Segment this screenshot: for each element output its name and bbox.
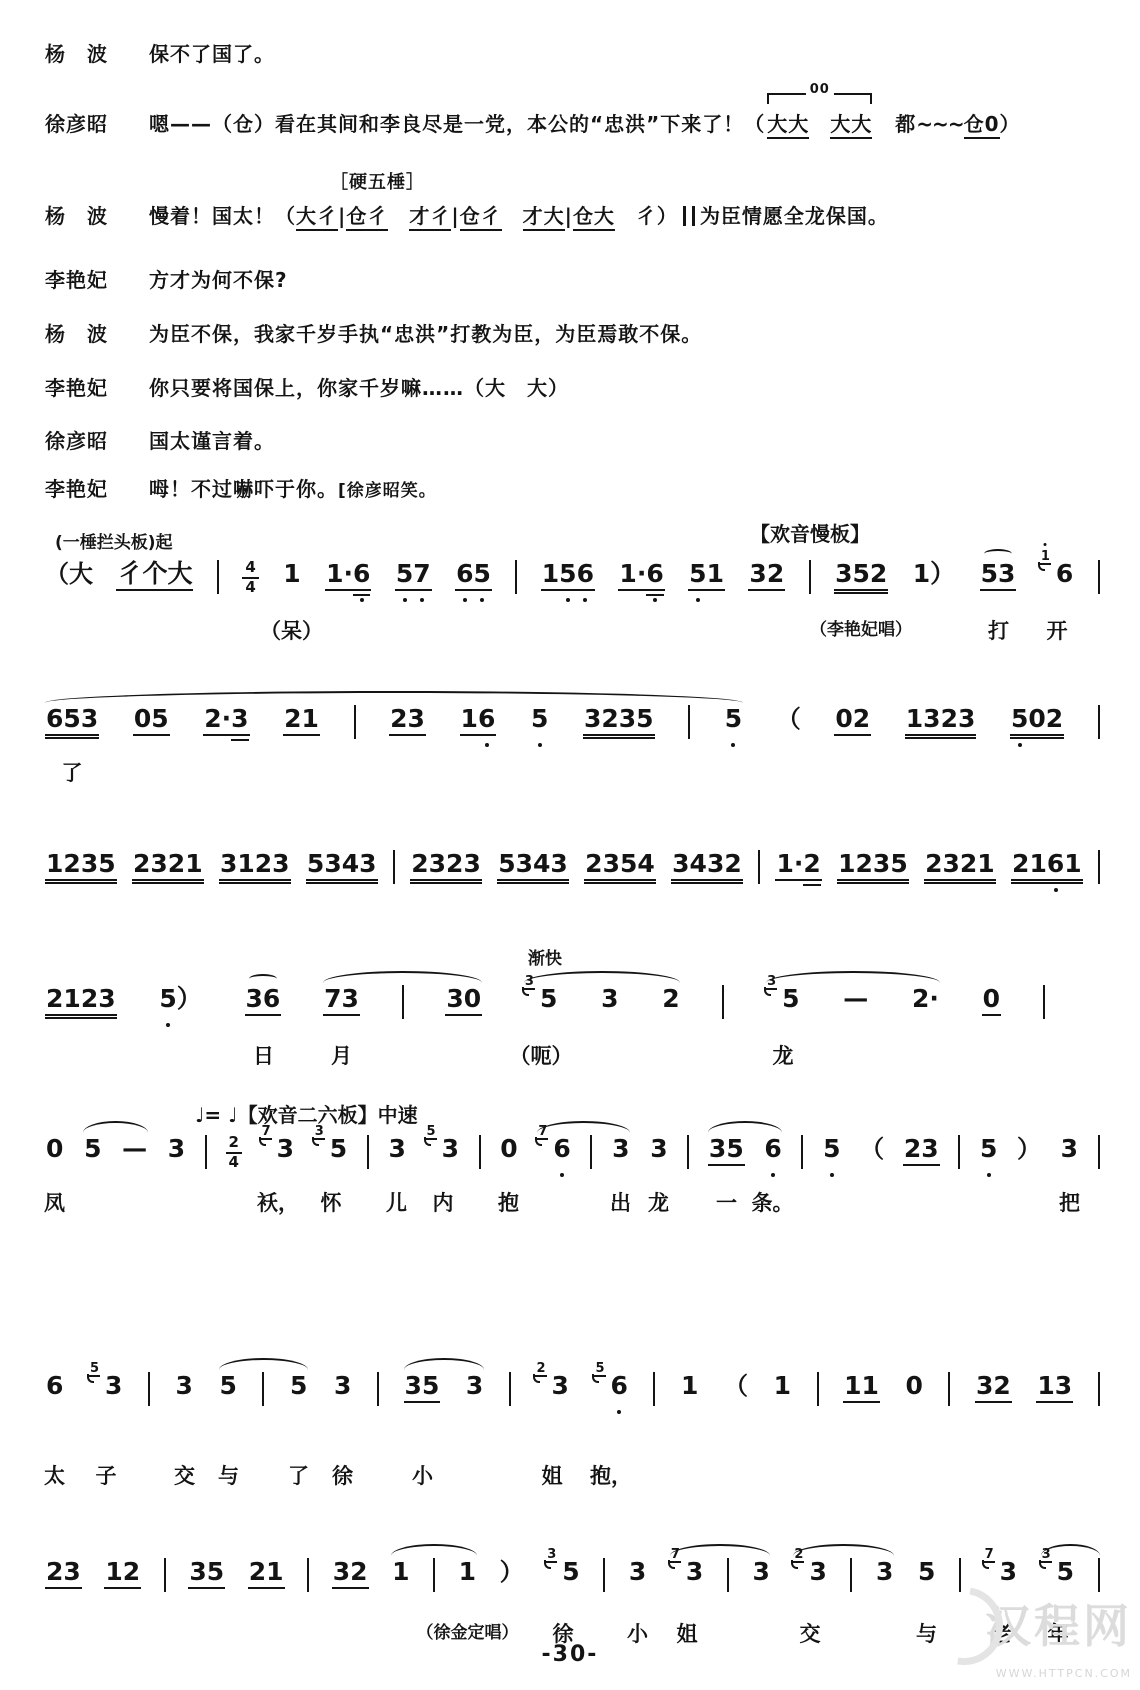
note-digit: 2 [724, 850, 741, 879]
note-digit: 3 [629, 1558, 646, 1587]
note-cell: 35 [708, 1135, 745, 1166]
dialogue-segment: 仓大 [573, 204, 615, 231]
note-digits: 2321 [924, 850, 996, 881]
note-digits: 3 [808, 1558, 827, 1587]
note-cell: 0 [982, 985, 1001, 1016]
note-digit: 1 [185, 850, 202, 879]
note-digit: 1 [266, 1558, 283, 1587]
note-digit: 5 [422, 1372, 439, 1401]
note-digit: 个 [142, 560, 167, 589]
note-digits: 2·3 [203, 705, 249, 736]
music-text: （大 [45, 560, 93, 589]
note-digit: 3 [405, 1372, 422, 1401]
note-digit: 7 [413, 560, 430, 589]
note-digit: 5 [330, 1135, 347, 1164]
note-digits: 502 [1010, 705, 1064, 736]
slur [323, 971, 482, 984]
note-cell: 0 [499, 1135, 518, 1164]
note-cell: 53 [980, 560, 1017, 591]
barline [205, 1135, 207, 1169]
barline [433, 1558, 435, 1592]
speaker-name: 杨 波 [45, 318, 133, 347]
note-digits: 5 [219, 1372, 238, 1401]
time-sig-denominator: 4 [229, 1154, 239, 1171]
note-cell: 1 [773, 1372, 792, 1401]
note-digit: 3 [552, 1372, 569, 1401]
note-digits: 35 [708, 1135, 745, 1166]
note-digits: 156 [541, 560, 595, 591]
note-cell: 3 [1060, 1135, 1079, 1164]
note-cell: 0 [904, 1372, 923, 1401]
note-digit: 5 [159, 985, 176, 1014]
note-digits: 6 [552, 1135, 571, 1164]
slur [83, 1121, 148, 1134]
lyric: （呃） [510, 1040, 573, 1070]
note-digit: 6 [46, 1372, 63, 1401]
note-digits: 3 [628, 1558, 647, 1587]
note-digits: 3 [465, 1372, 484, 1401]
dialogue-segment: 嗯——（仓）看在其间和李良尽是一党，本公的“忠洪”下来了！（ [149, 112, 765, 136]
speaker-name: 杨 波 [45, 38, 133, 67]
dialogue-segment: 仓彳 [460, 204, 502, 231]
lyric: 袄， [257, 1187, 299, 1217]
note-digit: 0 [134, 705, 151, 734]
note-digits: 1 [680, 1372, 699, 1401]
barline [1098, 1135, 1100, 1169]
note-cell: 73 [670, 1558, 704, 1587]
note-digits: 02 [834, 705, 871, 736]
note-digit: — [843, 985, 868, 1014]
note-cell: 73 [323, 985, 360, 1016]
slur [391, 1544, 477, 1557]
note-cell: 6 [45, 1372, 64, 1401]
note-digit: 2 [133, 850, 150, 879]
note-digit: 3 [650, 1135, 667, 1164]
note-digit: 2 [856, 850, 873, 879]
note-cell: 2323 [410, 850, 482, 881]
note-cell: 3 [387, 1135, 406, 1164]
note-digits: 5 [561, 1558, 580, 1587]
note-cell: 13 [1036, 1372, 1073, 1403]
note-digits: 5 [1056, 1558, 1075, 1587]
note-cell: 1·2 [775, 850, 821, 881]
note-digit: 2 [925, 850, 942, 879]
slur [404, 1358, 484, 1371]
note-digits: 0 [904, 1372, 923, 1401]
note-digit: 1 [237, 850, 254, 879]
note-cell: 35 [546, 1558, 580, 1587]
lyric: （李艳妃唱） [810, 615, 912, 640]
note-digit: 5 [531, 705, 548, 734]
note-cell: 彳个大 [116, 560, 193, 591]
note-digits: 23 [903, 1135, 940, 1166]
lyric: 姐 [542, 1460, 563, 1490]
note-digit: 1 [1037, 1372, 1054, 1401]
slur [1041, 1544, 1100, 1557]
note-cell: 3 [175, 1372, 194, 1401]
note-digit: 5 [981, 560, 998, 589]
music-text: （ [724, 1372, 748, 1401]
lyric: 出 [610, 1187, 631, 1217]
note-digits: 6 [45, 1372, 64, 1401]
dialogue-segment: 国太谨言着。 [149, 429, 275, 453]
note-cell: 2123 [45, 985, 117, 1016]
dialogue-line: 徐彦昭嗯——（仓）看在其间和李良尽是一党，本公的“忠洪”下来了！（大大 大大 都… [45, 94, 1021, 137]
note-digit: 彳 [117, 560, 142, 589]
note-digit: 2 [63, 850, 80, 879]
note-digits: 53 [980, 560, 1017, 591]
note-digit: 3 [168, 1135, 185, 1164]
note-cell: 1 [680, 1372, 699, 1401]
note-cell: 23 [535, 1372, 569, 1401]
note-digits: 0 [499, 1135, 518, 1164]
note-digit: 3 [516, 850, 533, 879]
note-digit: 1 [862, 1372, 879, 1401]
section-label: (一棰拦头板)起 [55, 528, 173, 553]
barline [817, 1372, 819, 1406]
note-cell: 21 [248, 1558, 285, 1589]
note-digit: 5 [559, 560, 576, 589]
watermark-url: WWW.HTTPCN.COM [925, 1667, 1132, 1680]
lyric: 了 [288, 1460, 309, 1490]
note-digits: 57 [395, 560, 432, 591]
note-digit: 2 [411, 850, 428, 879]
note-digit: — [122, 1135, 147, 1164]
double-barline [683, 206, 695, 226]
note-cell: 653 [45, 705, 99, 736]
barline [515, 560, 517, 594]
watermark-swirl-icon [910, 1572, 1019, 1681]
speaker-name: 李艳妃 [45, 473, 133, 502]
note-digits: 21 [248, 1558, 285, 1589]
music-text: ） [1017, 1135, 1041, 1164]
note-digit: 0 [835, 705, 852, 734]
note-digits: 21 [283, 705, 320, 736]
note-digits: 3 [685, 1558, 704, 1587]
note-cell: 35 [404, 1372, 441, 1403]
note-digit: 5 [853, 560, 870, 589]
slur [766, 971, 940, 984]
note-cell: 1） [912, 560, 956, 589]
dialogue-segment: 慢着！国太！（ [149, 204, 296, 228]
note-cell: 35 [314, 1135, 348, 1164]
note-digit: 2 [123, 1558, 140, 1587]
lyric: 凤 [44, 1187, 65, 1217]
barline [262, 1372, 264, 1406]
lyric: 与 [218, 1460, 239, 1490]
note-cell: 23 [793, 1558, 827, 1587]
note-digit: 0 [905, 1372, 922, 1401]
note-digit: 3 [835, 560, 852, 589]
note-cell: 35 [188, 1558, 225, 1589]
note-digits: — [842, 985, 869, 1014]
note-digit: · [637, 560, 647, 589]
note-cell: 02 [834, 705, 871, 736]
note-cell: 352 [834, 560, 888, 591]
dialogue-segment: 为臣不保，我家千岁手执“忠洪”打教为臣，为臣焉敢不保。 [149, 322, 702, 346]
note-digit: 3 [277, 1135, 294, 1164]
note-digits: 30 [445, 985, 482, 1016]
note-digit: 1 [63, 985, 80, 1014]
note-digit: 0 [46, 1135, 63, 1164]
note-digit: 3 [921, 1135, 938, 1164]
note-cell: 2·3 [203, 705, 249, 736]
note-digits: 1 [391, 1558, 410, 1587]
note-digit: 2 [168, 850, 185, 879]
lyric: 了 [62, 757, 83, 787]
note-digit: 3 [388, 1135, 405, 1164]
note-cell: 3 [167, 1135, 186, 1164]
dialogue-line: 李艳妃呣！不过嚇吓于你。[徐彦昭笑。 [45, 473, 437, 502]
speaker-name: 徐彦昭 [45, 425, 133, 454]
note-digit: 3 [176, 1372, 193, 1401]
note-digits: 352 [834, 560, 888, 591]
note-digit: 3 [709, 1135, 726, 1164]
grace-note: 3 [314, 1125, 325, 1140]
dialogue-segment: 才大 [523, 204, 565, 231]
barline [1098, 1372, 1100, 1406]
section-label: ♩= ♩【欢音二六板】中速 [195, 1099, 418, 1128]
note-digits: 32 [332, 1558, 369, 1589]
note-cell: 56 [594, 1372, 628, 1401]
note-cell: 3 [649, 1135, 668, 1164]
watermark: 汉程网 WWW.HTTPCN.COM [925, 1587, 1132, 1680]
dialogue-text: 呣！不过嚇吓于你。[徐彦昭笑。 [149, 477, 437, 501]
speaker-name: 李艳妃 [45, 264, 133, 293]
note-digit: 5 [636, 705, 653, 734]
barline [354, 705, 356, 739]
note-digit: 3 [333, 1558, 350, 1587]
grace-note: 5 [426, 1125, 437, 1140]
note-digit: 5 [890, 850, 907, 879]
barline [809, 560, 811, 594]
music-text: ） [500, 1558, 524, 1587]
lyric: 交 [174, 1460, 195, 1490]
note-cell: 1323 [905, 705, 977, 736]
note-digits: 2123 [45, 985, 117, 1016]
note-digit: 2 [284, 705, 301, 734]
note-cell: 2· [911, 985, 940, 1014]
note-digit: · [222, 705, 232, 734]
note-digits: 3432 [671, 850, 743, 881]
note-cell: — [121, 1135, 148, 1164]
speaker-name: 李艳妃 [45, 372, 133, 401]
note-digits: 3235 [583, 705, 655, 736]
note-cell: 16 [460, 705, 497, 736]
note-cell: — [842, 985, 869, 1014]
grace-note: 3 [546, 1548, 557, 1563]
note-digit: 5 [562, 1558, 579, 1587]
dialogue-line: 李艳妃你只要将国保上，你家千岁嘛……（大 大） [45, 372, 569, 401]
note-digit: 1 [302, 705, 319, 734]
note-digits: 3123 [219, 850, 291, 881]
note-digit: 0 [1028, 705, 1045, 734]
note-digits: 0 [982, 985, 1001, 1016]
note-digit: 5 [1011, 705, 1028, 734]
note-digit: 4 [637, 850, 654, 879]
note-digits: 5 [329, 1135, 348, 1164]
barline [590, 1135, 592, 1169]
note-digit: 5 [473, 560, 490, 589]
note-digit: 3 [958, 705, 975, 734]
note-cell: 21 [283, 705, 320, 736]
note-cell: 12 [104, 1558, 141, 1589]
dialogue-text: 为臣不保，我家千岁手执“忠洪”打教为臣，为臣焉敢不保。 [149, 322, 702, 346]
note-digit: 1 [105, 1558, 122, 1587]
note-digit: 3 [809, 1558, 826, 1587]
note-cell: 3235 [583, 705, 655, 736]
note-digits: 3 [875, 1558, 894, 1587]
lyric: 子 [96, 1460, 117, 1490]
note-digits: 3 [104, 1372, 123, 1401]
note-digit: 1 [844, 1372, 861, 1401]
note-digit: 3 [150, 850, 167, 879]
lyric: 月 [331, 1040, 352, 1070]
speaker-name: 徐彦昭 [45, 108, 133, 137]
note-digit: 6 [764, 1135, 781, 1164]
percussion-text: 大大 [767, 112, 809, 139]
barline [1043, 985, 1045, 1019]
note-cell: 3432 [671, 850, 743, 881]
slur [670, 1544, 770, 1557]
note-digits: 05 [133, 705, 170, 736]
note-digits: 5343 [306, 850, 378, 881]
note-digits: 1323 [905, 705, 977, 736]
note-digit: 1 [392, 1558, 409, 1587]
note-digits: 3 [276, 1135, 295, 1164]
note-digit: 3 [672, 850, 689, 879]
note-digits: 3 [551, 1372, 570, 1401]
dialogue-segment: | [565, 204, 573, 228]
dialogue-segment: 彳） [615, 204, 678, 228]
note-digit: 1 [913, 560, 930, 589]
note-digit: 3 [189, 1558, 206, 1587]
note-cell: 5 [219, 1372, 238, 1401]
note-digits: 5 [724, 705, 743, 734]
note-digit: 6 [46, 705, 63, 734]
note-digit: 1 [977, 850, 994, 879]
note-digits: 3 [1060, 1135, 1079, 1164]
note-digit: 5 [726, 1135, 743, 1164]
note-digit: 5 [725, 705, 742, 734]
barline [722, 985, 724, 1019]
barline [688, 705, 690, 739]
note-digit: 3 [466, 1372, 483, 1401]
dialogue-segment: 都 [874, 112, 916, 136]
lyric: 儿 [386, 1187, 407, 1217]
note-digits: 653 [45, 705, 99, 736]
dialogue-segment [388, 204, 409, 228]
slur [708, 1121, 782, 1134]
time-signature: 24 [226, 1135, 242, 1171]
note-digit: 0 [983, 985, 1000, 1014]
dialogue-segment: 仓0 [964, 112, 1000, 139]
note-digits: 51 [688, 560, 725, 591]
note-digit: 3 [1055, 1372, 1072, 1401]
note-digit: 3 [942, 850, 959, 879]
dialogue-segment: 呣！不过嚇吓于你。 [149, 477, 338, 501]
note-digit: 3 [105, 1372, 122, 1401]
watermark-logo-text: 汉程网 [985, 1603, 1132, 1649]
note-digit: 2 [767, 560, 784, 589]
music-line: 123523213123534323235343235434321·212352… [45, 850, 1100, 892]
barline [1098, 560, 1100, 594]
note-cell: 32 [332, 1558, 369, 1589]
note-digit: 3 [1061, 1135, 1078, 1164]
note-digit: 2 [803, 850, 820, 879]
note-digit: 3 [442, 1135, 459, 1164]
note-digit: 2 [941, 705, 958, 734]
dialogue-segment: | [451, 204, 459, 228]
note-digits: 32 [975, 1372, 1012, 1403]
note-cell: 1 [391, 1558, 410, 1587]
note-cell: 65 [455, 560, 492, 591]
note-digit: 大 [167, 560, 192, 589]
note-digit: 1 [619, 560, 636, 589]
barline [217, 560, 219, 594]
note-digit: 3 [272, 850, 289, 879]
note-digits: 5 [781, 985, 800, 1014]
note-cell: 05 [133, 705, 170, 736]
lyric: 日 [253, 1040, 274, 1070]
dialogue-line: 徐彦昭国太谨言着。 [45, 425, 275, 454]
note-cell: 36 [245, 985, 282, 1016]
note-digits: 16 [460, 705, 497, 736]
note-cell: 5 [822, 1135, 841, 1164]
note-cell: 32 [975, 1372, 1012, 1403]
note-cell: 35 [766, 985, 800, 1014]
note-digit: 2 [960, 850, 977, 879]
note-cell: 2161 [1011, 850, 1083, 881]
note-digit: 6 [1047, 850, 1064, 879]
note-digit: 0 [464, 985, 481, 1014]
grace-note: 2 [535, 1362, 546, 1377]
note-digits: 5 [917, 1558, 936, 1587]
note-digits: 35 [404, 1372, 441, 1403]
note-digit: 3 [341, 985, 358, 1014]
note-digits: 5 [979, 1135, 998, 1164]
note-digits: 13 [1036, 1372, 1073, 1403]
note-digit: 3 [707, 850, 724, 879]
note-digit: 2 [46, 1558, 63, 1587]
note-cell: 1 [282, 560, 301, 589]
note-digit: 3 [550, 850, 567, 879]
note-digits: 12 [104, 1558, 141, 1589]
note-digits: 2161 [1011, 850, 1083, 881]
note-cell: 5 [289, 1372, 308, 1401]
note-digits: 5 [289, 1372, 308, 1401]
note-digit: 3 [976, 1372, 993, 1401]
note-digit: 2 [446, 850, 463, 879]
note-digit: 5 [980, 1135, 997, 1164]
note-digit: 3 [246, 985, 263, 1014]
note-digits: 3 [167, 1135, 186, 1164]
note-digits: 5343 [497, 850, 569, 881]
note-digits: 32 [748, 560, 785, 591]
note-digit: 3 [359, 850, 376, 879]
barline [148, 1372, 150, 1406]
note-cell: 5343 [306, 850, 378, 881]
note-cell: 5 [917, 1558, 936, 1587]
note-digits: 2323 [410, 850, 482, 881]
note-cell: 73 [261, 1135, 295, 1164]
slur [45, 691, 743, 704]
note-digit: 2 [249, 1558, 266, 1587]
note-digits: 5 [83, 1135, 102, 1164]
time-signature: 44 [242, 560, 258, 596]
percussion-bracket: 大大 大大 [765, 108, 874, 137]
dialogue-line: 杨 波保不了国了。 [45, 38, 275, 67]
